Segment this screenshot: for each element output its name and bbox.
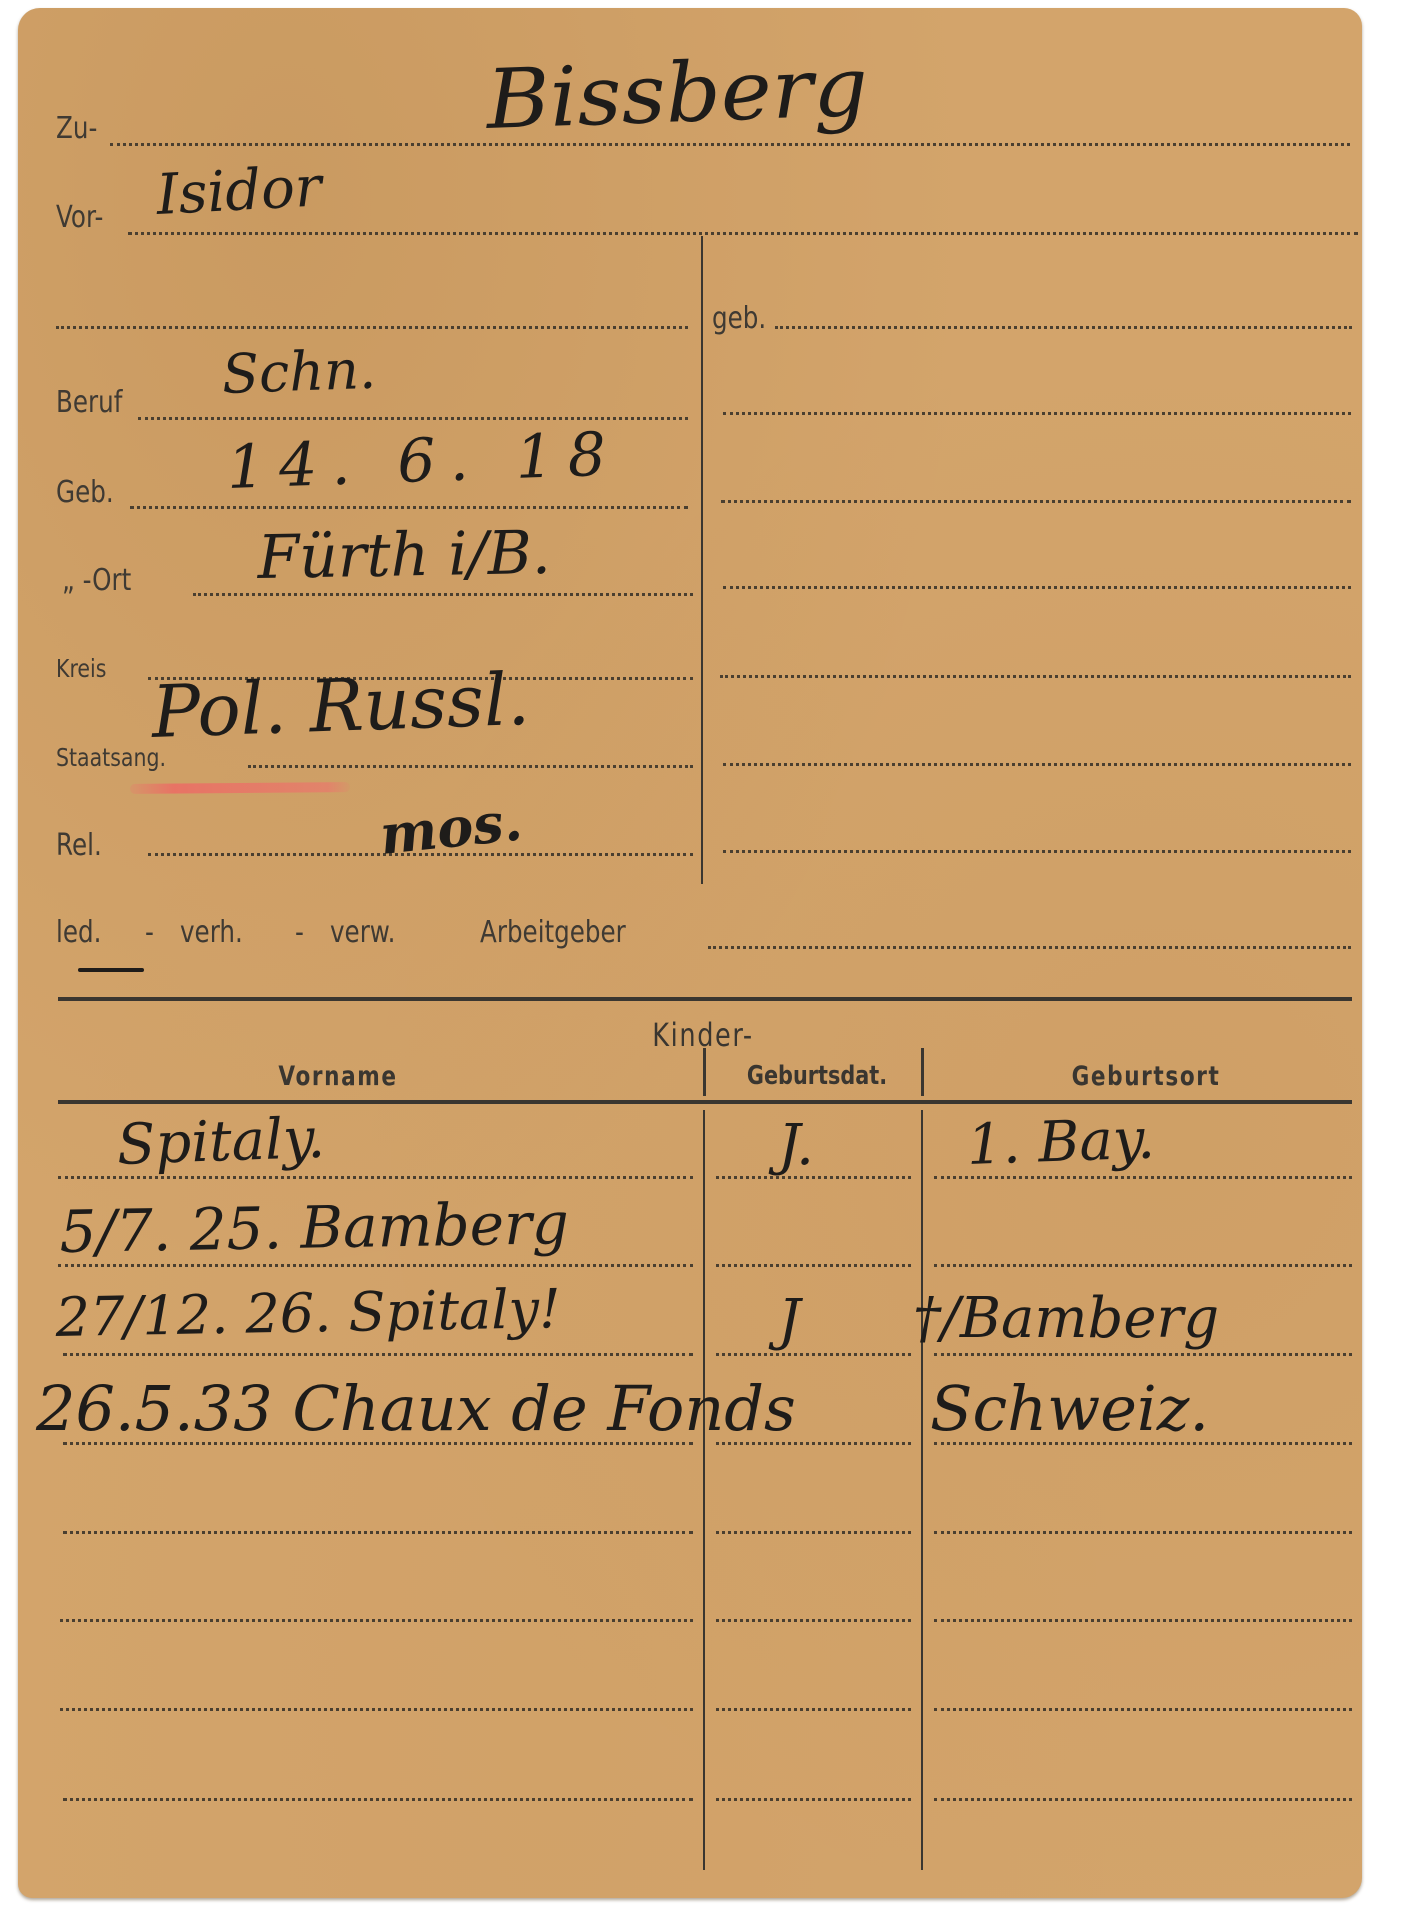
column-header-geburtsort: Geburtsort: [978, 1061, 1314, 1092]
occupation-label: Beruf: [56, 388, 122, 418]
citizenship-value: Pol. Russl.: [150, 663, 530, 748]
maiden-name-line: [775, 326, 1352, 329]
child-vorname: 5/7. 25. Bamberg: [59, 1194, 569, 1261]
right-line-5: [723, 763, 1351, 766]
right-line-2: [721, 500, 1351, 503]
employer-label: Arbeitgeber: [480, 918, 626, 948]
district-label: Kreis: [56, 656, 106, 681]
religion-value: mos.: [377, 793, 524, 862]
occupation-value: Schn.: [221, 343, 377, 402]
birth-place-label: „ -Ort: [62, 566, 131, 596]
blank-line-left: [56, 326, 688, 329]
header-divider-2: [921, 1048, 924, 1096]
religion-label: Rel.: [56, 831, 102, 861]
maiden-name-label: geb.: [712, 304, 766, 334]
selected-status-underline: [78, 968, 144, 972]
right-line-6: [723, 850, 1351, 853]
surname-value: Bissberg: [485, 47, 869, 142]
upper-column-divider: [701, 236, 703, 884]
column-header-geburtsdat: Geburtsdat.: [733, 1061, 901, 1091]
registration-card: Zu- Bissberg Vor- Isidor geb. Beruf Schn…: [18, 8, 1362, 1898]
child-vorname: 27/12. 26. Spitaly!: [55, 1282, 561, 1345]
child-geburtsort: †/Bamberg: [913, 1291, 1219, 1347]
employer-line: [708, 946, 1351, 949]
first-name-line: [128, 232, 1358, 235]
child-geburtsort: Schweiz.: [930, 1378, 1209, 1440]
citizenship-line: [248, 765, 693, 768]
table-divider-2: [921, 1110, 923, 1870]
birth-place-line: [193, 593, 693, 596]
marital-option-married: verh.: [180, 918, 243, 948]
column-header-vorname: Vorname: [178, 1061, 498, 1092]
right-line-1: [723, 412, 1351, 415]
birth-date-value: 14. 6. 18: [226, 424, 621, 498]
citizenship-label: Staatsang.: [56, 745, 166, 770]
child-vorname: Spitaly.: [116, 1111, 326, 1174]
birth-date-label: Geb.: [56, 478, 114, 508]
section-divider: [58, 997, 1352, 1001]
header-underline: [58, 1100, 1352, 1104]
marital-separator: -: [145, 918, 154, 948]
marital-separator: -: [295, 918, 304, 948]
marital-option-widowed: verw.: [330, 918, 395, 948]
birth-date-line: [130, 506, 688, 509]
surname-label: Zu-: [56, 114, 97, 144]
table-divider-1: [703, 1110, 705, 1870]
red-pencil-underline: [130, 782, 350, 794]
marital-option-single: led.: [56, 918, 101, 948]
child-geburtsdat: J.: [778, 1118, 814, 1174]
first-name-label: Vor-: [56, 203, 103, 233]
header-divider-1: [703, 1048, 706, 1096]
surname-line: [110, 143, 1350, 146]
child-geburtsort: 1. Bay.: [966, 1111, 1156, 1174]
child-vorname: 26.5.33 Chaux de Fonds: [36, 1378, 796, 1440]
right-line-3: [723, 586, 1351, 589]
birth-place-value: Fürth i/B.: [257, 523, 551, 588]
first-name-value: Isidor: [155, 159, 323, 224]
right-line-4: [720, 675, 1351, 678]
child-geburtsdat: J: [778, 1293, 800, 1349]
